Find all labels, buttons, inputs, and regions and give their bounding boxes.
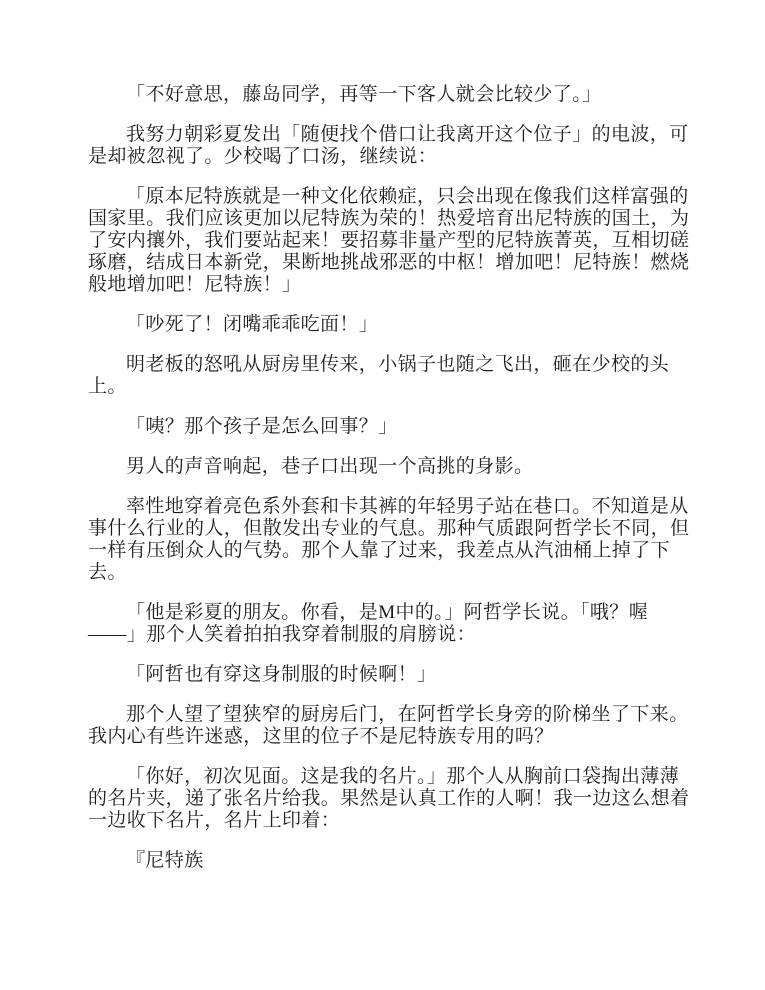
paragraph: 我努力朝彩夏发出「随便找个借口让我离开这个位子」的电波，可 是却被忽视了。少校喝… — [88, 124, 694, 168]
paragraph: 『尼特族 — [88, 850, 694, 872]
paragraph: 「不好意思，藤岛同学，再等一下客人就会比较少了。」 — [88, 84, 694, 106]
paragraph: 明老板的怒吼从厨房里传来，小锅子也随之飞出，砸在少校的头 上。 — [88, 354, 694, 398]
paragraph: 「吵死了！闭嘴乖乖吃面！」 — [88, 314, 694, 336]
paragraph: 那个人望了望狭窄的厨房后门，在阿哲学长身旁的阶梯坐了下来。 我内心有些许迷惑，这… — [88, 704, 694, 748]
paragraph: 「咦？那个孩子是怎么回事？」 — [88, 416, 694, 438]
paragraph: 男人的声音响起，巷子口出现一个高挑的身影。 — [88, 456, 694, 478]
paragraph: 「原本尼特族就是一种文化依赖症，只会出现在像我们这样富强的 国家里。我们应该更加… — [88, 186, 694, 296]
novel-text-block: 「不好意思，藤岛同学，再等一下客人就会比较少了。」我努力朝彩夏发出「随便找个借口… — [88, 84, 694, 890]
document-page: 「不好意思，藤岛同学，再等一下客人就会比较少了。」我努力朝彩夏发出「随便找个借口… — [0, 0, 765, 990]
paragraph: 「你好，初次见面。这是我的名片。」那个人从胸前口袋掏出薄薄 的名片夹，递了张名片… — [88, 766, 694, 832]
paragraph: 率性地穿着亮色系外套和卡其裤的年轻男子站在巷口。不知道是从 事什么行业的人，但散… — [88, 496, 694, 584]
paragraph: 「他是彩夏的朋友。你看，是M中的。」阿哲学长说。「哦？喔 ——」那个人笑着拍拍我… — [88, 602, 694, 646]
paragraph: 「阿哲也有穿这身制服的时候啊！」 — [88, 664, 694, 686]
